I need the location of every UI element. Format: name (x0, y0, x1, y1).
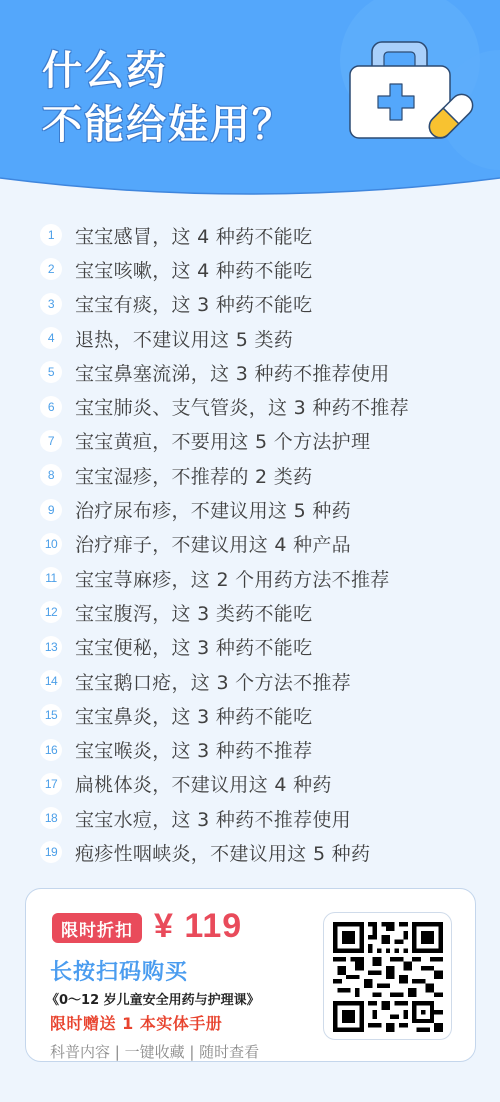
course-title: 《0～12 岁儿童安全用药与护理课》 (46, 989, 260, 1008)
item-text: 宝宝荨麻疹，这 2 个用药方法不推荐 (75, 565, 390, 592)
item-number: 6 (40, 396, 62, 418)
list-item[interactable]: 9治疗尿布疹，不建议用这 5 种药 (40, 492, 480, 526)
list-item[interactable]: 5宝宝鼻塞流涕，这 3 种药不推荐使用 (40, 355, 480, 389)
list-item[interactable]: 12宝宝腹泻，这 3 类药不能吃 (40, 595, 480, 629)
item-text: 退热，不建议用这 5 类药 (75, 325, 293, 352)
list-item[interactable]: 8宝宝湿疹，不推荐的 2 类药 (40, 458, 480, 492)
header-banner: 什么药 不能给娃用？ (0, 0, 500, 200)
list-item[interactable]: 15宝宝鼻炎，这 3 种药不能吃 (40, 698, 480, 732)
feature-tags: 科普内容 | 一键收藏 | 随时查看 (50, 1041, 259, 1062)
first-aid-kit-icon (345, 38, 480, 148)
item-text: 扁桃体炎，不建议用这 4 种药 (75, 770, 332, 797)
item-text: 治疗尿布疹，不建议用这 5 种药 (75, 496, 351, 523)
item-text: 宝宝腹泻，这 3 类药不能吃 (75, 599, 312, 626)
item-text: 宝宝湿疹，不推荐的 2 类药 (75, 462, 312, 489)
list-item[interactable]: 1宝宝感冒，这 4 种药不能吃 (40, 218, 480, 252)
list-item[interactable]: 13宝宝便秘，这 3 种药不能吃 (40, 630, 480, 664)
list-item[interactable]: 16宝宝喉炎，这 3 种药不推荐 (40, 732, 480, 766)
list-item[interactable]: 14宝宝鹅口疮，这 3 个方法不推荐 (40, 664, 480, 698)
item-text: 宝宝鼻炎，这 3 种药不能吃 (75, 702, 312, 729)
list-item[interactable]: 3宝宝有痰，这 3 种药不能吃 (40, 287, 480, 321)
gift-offer: 限时赠送 1 本实体手册 (50, 1011, 222, 1034)
item-number: 13 (40, 636, 62, 658)
item-number: 4 (40, 327, 62, 349)
item-number: 15 (40, 704, 62, 726)
item-text: 治疗痱子，不建议用这 4 种产品 (75, 530, 351, 557)
item-text: 宝宝感冒，这 4 种药不能吃 (75, 222, 312, 249)
item-text: 宝宝喉炎，这 3 种药不推荐 (75, 736, 312, 763)
list-item[interactable]: 4退热，不建议用这 5 类药 (40, 321, 480, 355)
item-number: 12 (40, 601, 62, 623)
qr-code[interactable] (323, 912, 452, 1040)
item-text: 宝宝肺炎、支气管炎，这 3 种药不推荐 (75, 393, 409, 420)
item-number: 7 (40, 430, 62, 452)
page-title: 什么药 不能给娃用？ (42, 44, 294, 152)
item-number: 1 (40, 224, 62, 246)
list-item[interactable]: 2宝宝咳嗽，这 4 种药不能吃 (40, 252, 480, 286)
item-number: 5 (40, 361, 62, 383)
item-text: 宝宝水痘，这 3 种药不推荐使用 (75, 805, 351, 832)
qr-code-icon (333, 922, 443, 1032)
list-item[interactable]: 18宝宝水痘，这 3 种药不推荐使用 (40, 801, 480, 835)
price: ¥ 119 (154, 903, 242, 949)
list-item[interactable]: 7宝宝黄疸，不要用这 5 个方法护理 (40, 424, 480, 458)
discount-badge: 限时折扣 (52, 913, 142, 943)
item-text: 宝宝鹅口疮，这 3 个方法不推荐 (75, 668, 351, 695)
item-number: 19 (40, 841, 62, 863)
item-text: 疱疹性咽峡炎，不建议用这 5 种药 (75, 839, 370, 866)
item-number: 3 (40, 293, 62, 315)
item-number: 18 (40, 807, 62, 829)
item-text: 宝宝咳嗽，这 4 种药不能吃 (75, 256, 312, 283)
item-text: 宝宝黄疸，不要用这 5 个方法护理 (75, 427, 370, 454)
item-number: 11 (40, 567, 62, 589)
item-number: 8 (40, 464, 62, 486)
list-item[interactable]: 10治疗痱子，不建议用这 4 种产品 (40, 527, 480, 561)
item-number: 16 (40, 739, 62, 761)
item-text: 宝宝便秘，这 3 种药不能吃 (75, 633, 312, 660)
item-number: 2 (40, 258, 62, 280)
title-line-2: 不能给娃用？ (42, 98, 294, 152)
list-item[interactable]: 11宝宝荨麻疹，这 2 个用药方法不推荐 (40, 561, 480, 595)
item-text: 宝宝鼻塞流涕，这 3 种药不推荐使用 (75, 359, 390, 386)
item-number: 9 (40, 499, 62, 521)
scan-to-buy-label: 长按扫码购买 (50, 955, 188, 986)
item-number: 10 (40, 533, 62, 555)
title-line-1: 什么药 (42, 44, 294, 98)
medicine-topic-list: 1宝宝感冒，这 4 种药不能吃 2宝宝咳嗽，这 4 种药不能吃 3宝宝有痰，这 … (40, 218, 480, 870)
list-item[interactable]: 17扁桃体炎，不建议用这 4 种药 (40, 767, 480, 801)
list-item[interactable]: 6宝宝肺炎、支气管炎，这 3 种药不推荐 (40, 389, 480, 423)
item-number: 14 (40, 670, 62, 692)
promo-card: 限时折扣 ¥ 119 长按扫码购买 《0～12 岁儿童安全用药与护理课》 限时赠… (25, 888, 476, 1062)
item-text: 宝宝有痰，这 3 种药不能吃 (75, 290, 312, 317)
list-item[interactable]: 19疱疹性咽峡炎，不建议用这 5 种药 (40, 835, 480, 869)
item-number: 17 (40, 773, 62, 795)
